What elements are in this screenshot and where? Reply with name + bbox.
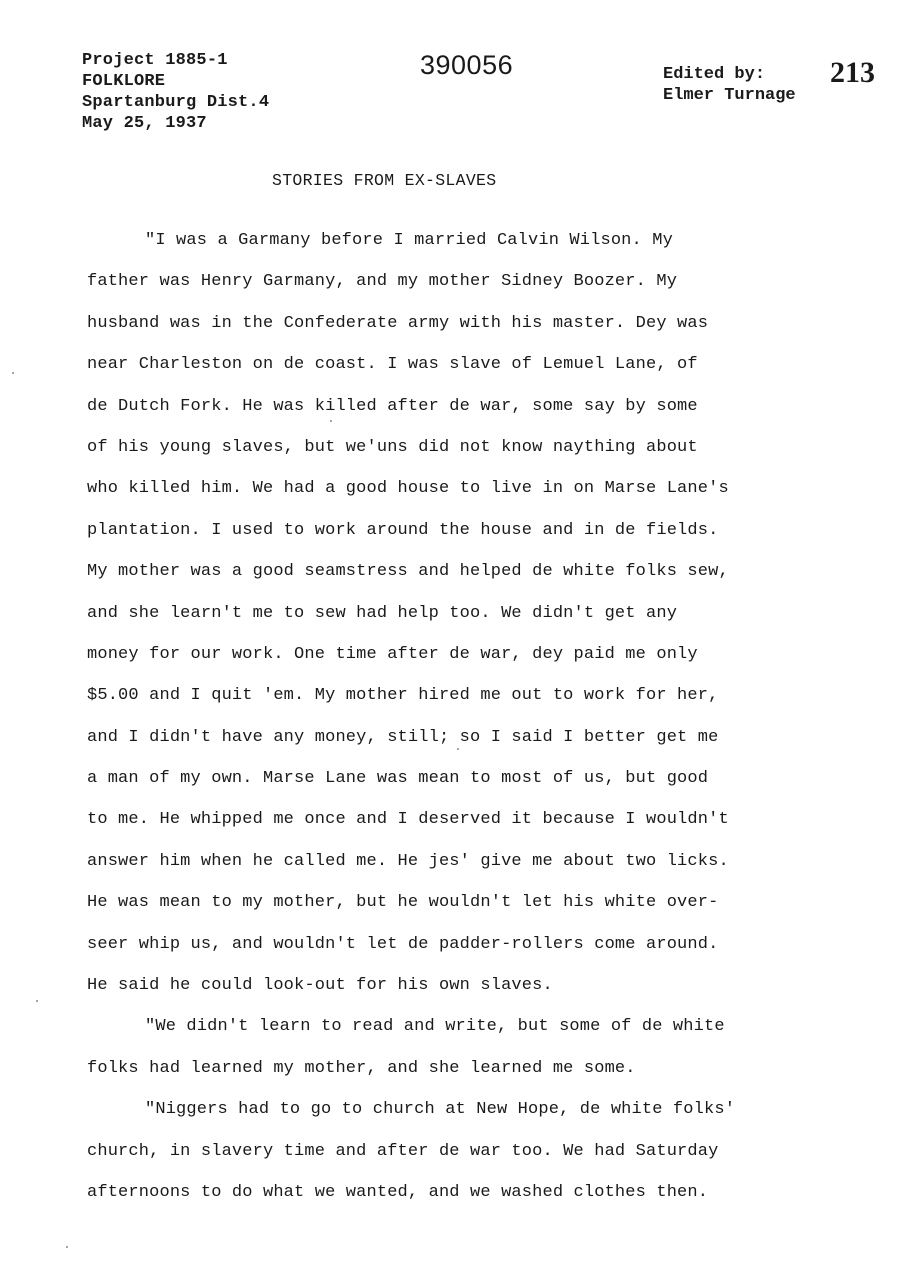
scan-speck bbox=[36, 1000, 38, 1002]
text-line: My mother was a good seamstress and help… bbox=[87, 559, 847, 600]
collection-label: FOLKLORE bbox=[82, 71, 269, 92]
editor-block: Edited by: Elmer Turnage bbox=[663, 64, 796, 106]
text-line: de Dutch Fork. He was killed after de wa… bbox=[87, 394, 847, 435]
text-line: He was mean to my mother, but he wouldn'… bbox=[87, 890, 847, 931]
edited-by-label: Edited by: bbox=[663, 64, 796, 85]
project-number: Project 1885-1 bbox=[82, 50, 269, 71]
page-number: 213 bbox=[830, 56, 875, 90]
text-line: folks had learned my mother, and she lea… bbox=[87, 1056, 847, 1097]
scan-speck bbox=[12, 372, 14, 374]
text-line: near Charleston on de coast. I was slave… bbox=[87, 352, 847, 393]
scan-speck bbox=[330, 420, 332, 422]
text-line: He said he could look-out for his own sl… bbox=[87, 973, 847, 1014]
project-info-block: Project 1885-1 FOLKLORE Spartanburg Dist… bbox=[82, 50, 269, 134]
text-line: money for our work. One time after de wa… bbox=[87, 642, 847, 683]
scan-speck bbox=[457, 748, 459, 750]
text-line: husband was in the Confederate army with… bbox=[87, 311, 847, 352]
text-line: church, in slavery time and after de war… bbox=[87, 1139, 847, 1180]
text-line: who killed him. We had a good house to l… bbox=[87, 476, 847, 517]
district-label: Spartanburg Dist.4 bbox=[82, 92, 269, 113]
document-page: Project 1885-1 FOLKLORE Spartanburg Dist… bbox=[0, 0, 900, 1272]
editor-name: Elmer Turnage bbox=[663, 85, 796, 106]
text-line: a man of my own. Marse Lane was mean to … bbox=[87, 766, 847, 807]
text-line: plantation. I used to work around the ho… bbox=[87, 518, 847, 559]
text-line: afternoons to do what we wanted, and we … bbox=[87, 1180, 847, 1221]
document-number-stamp: 390056 bbox=[420, 50, 513, 81]
text-line: answer him when he called me. He jes' gi… bbox=[87, 849, 847, 890]
document-date: May 25, 1937 bbox=[82, 113, 269, 134]
text-line: and I didn't have any money, still; so I… bbox=[87, 725, 847, 766]
body-text: "I was a Garmany before I married Calvin… bbox=[87, 228, 847, 1221]
scan-speck bbox=[66, 1246, 68, 1248]
text-line: "Niggers had to go to church at New Hope… bbox=[87, 1097, 847, 1138]
document-title: STORIES FROM EX-SLAVES bbox=[272, 171, 496, 190]
text-line: to me. He whipped me once and I deserved… bbox=[87, 807, 847, 848]
text-line: "I was a Garmany before I married Calvin… bbox=[87, 228, 847, 269]
text-line: and she learn't me to sew had help too. … bbox=[87, 601, 847, 642]
text-line: "We didn't learn to read and write, but … bbox=[87, 1014, 847, 1055]
text-line: seer whip us, and wouldn't let de padder… bbox=[87, 932, 847, 973]
text-line: of his young slaves, but we'uns did not … bbox=[87, 435, 847, 476]
text-line: father was Henry Garmany, and my mother … bbox=[87, 269, 847, 310]
text-line: $5.00 and I quit 'em. My mother hired me… bbox=[87, 683, 847, 724]
